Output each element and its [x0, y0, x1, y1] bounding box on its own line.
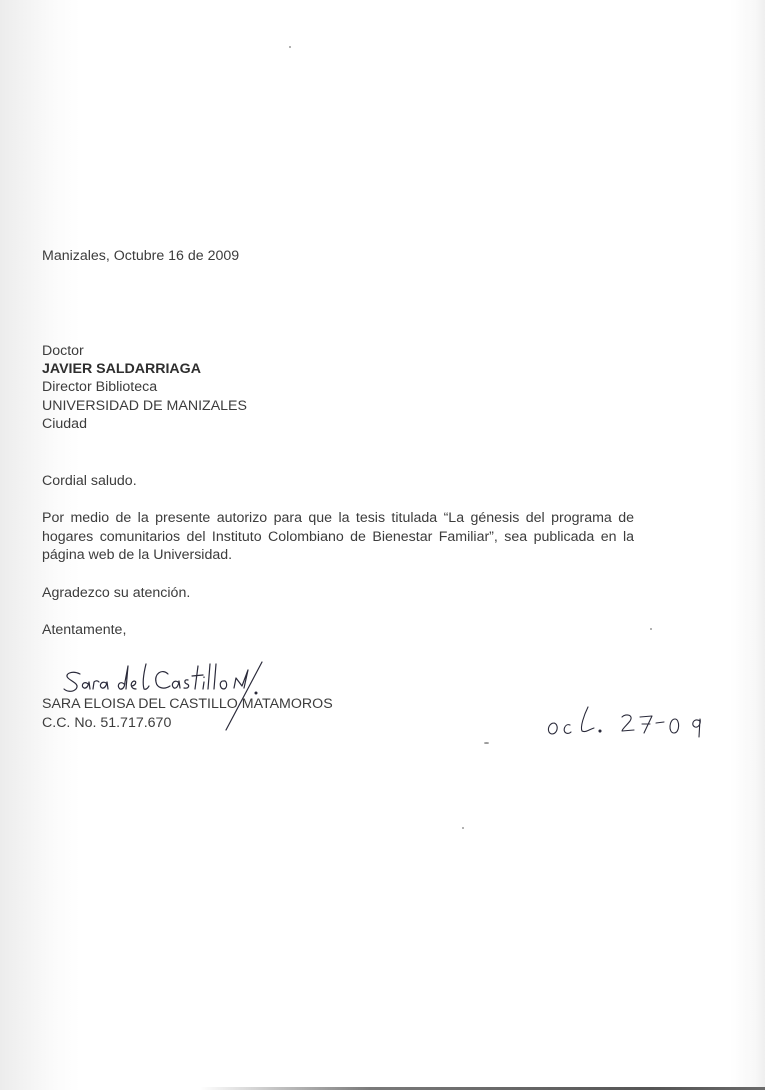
greeting: Cordial saludo.	[42, 472, 137, 490]
scan-speck	[484, 742, 489, 744]
recipient-institution: UNIVERSIDAD DE MANIZALES	[42, 397, 247, 415]
body-paragraph: Por medio de la presente autorizo para q…	[42, 509, 634, 565]
closing-line: Atentamente,	[42, 621, 126, 639]
place-date: Manizales, Octubre 16 de 2009	[42, 247, 239, 265]
signer-name: SARA ELOISA DEL CASTILLO MATAMOROS	[42, 695, 333, 713]
signer-id: C.C. No. 51.717.670	[42, 714, 171, 732]
recipient-name: JAVIER SALDARRIAGA	[42, 360, 201, 378]
scan-speck	[462, 827, 464, 829]
recipient-position: Director Biblioteca	[42, 378, 157, 396]
handwritten-date-note: oct. 27-09	[542, 703, 722, 743]
recipient-city: Ciudad	[42, 415, 87, 433]
scan-speck	[289, 46, 291, 48]
thanks-line: Agradezco su atención.	[42, 584, 190, 602]
scan-speck	[650, 628, 652, 630]
recipient-title: Doctor	[42, 342, 84, 360]
scanned-letter-page: Manizales, Octubre 16 de 2009 Doctor JAV…	[0, 0, 765, 1090]
